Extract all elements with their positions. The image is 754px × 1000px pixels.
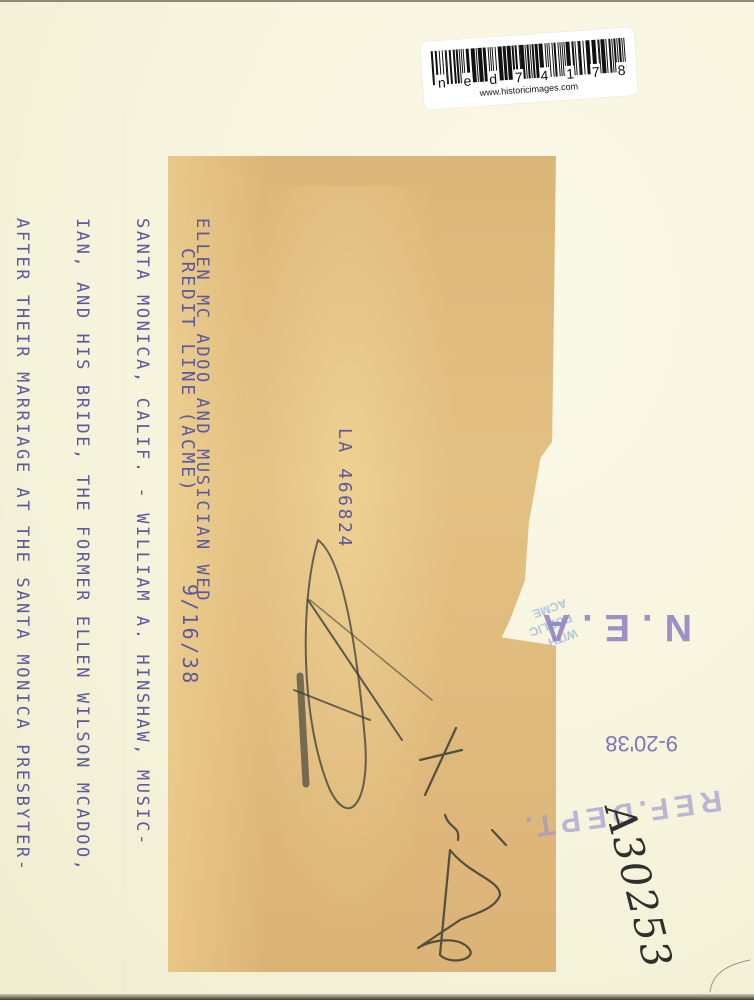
caption-line: SANTA MONICA, CALIF. - WILLIAM A. HINSHA… bbox=[132, 218, 152, 873]
caption-text: ELLEN MC ADOO AND MUSICIAN WED SANTA MON… bbox=[0, 218, 252, 873]
sticker-code-char: n bbox=[436, 74, 447, 91]
sticker-code-char: 8 bbox=[616, 62, 627, 79]
caption-line: IAN, AND HIS BRIDE, THE FORMER ELLEN WIL… bbox=[72, 218, 92, 873]
sticker-code-char: d bbox=[488, 71, 499, 88]
nea-stamp: N.E.A bbox=[531, 605, 692, 648]
sticker-code-char: 7 bbox=[590, 63, 601, 80]
caption-date: 9/16/38 bbox=[178, 584, 202, 686]
scan-edge-bottom bbox=[0, 994, 754, 1000]
sticker-code-char: e bbox=[462, 72, 473, 89]
credit-line: CREDIT LINE (ACME) bbox=[177, 248, 198, 493]
caption-line: AFTER THEIR MARRIAGE AT THE SANTA MONICA… bbox=[12, 218, 32, 873]
scan-edge-top bbox=[0, 0, 754, 2]
sticker-code-char: 1 bbox=[565, 65, 576, 82]
sticker-code-char: 7 bbox=[513, 69, 524, 86]
sticker-code-char: 4 bbox=[539, 67, 550, 84]
received-date-stamp: 9-20'38 bbox=[605, 730, 678, 756]
photo-number: LA 466824 bbox=[334, 428, 355, 549]
